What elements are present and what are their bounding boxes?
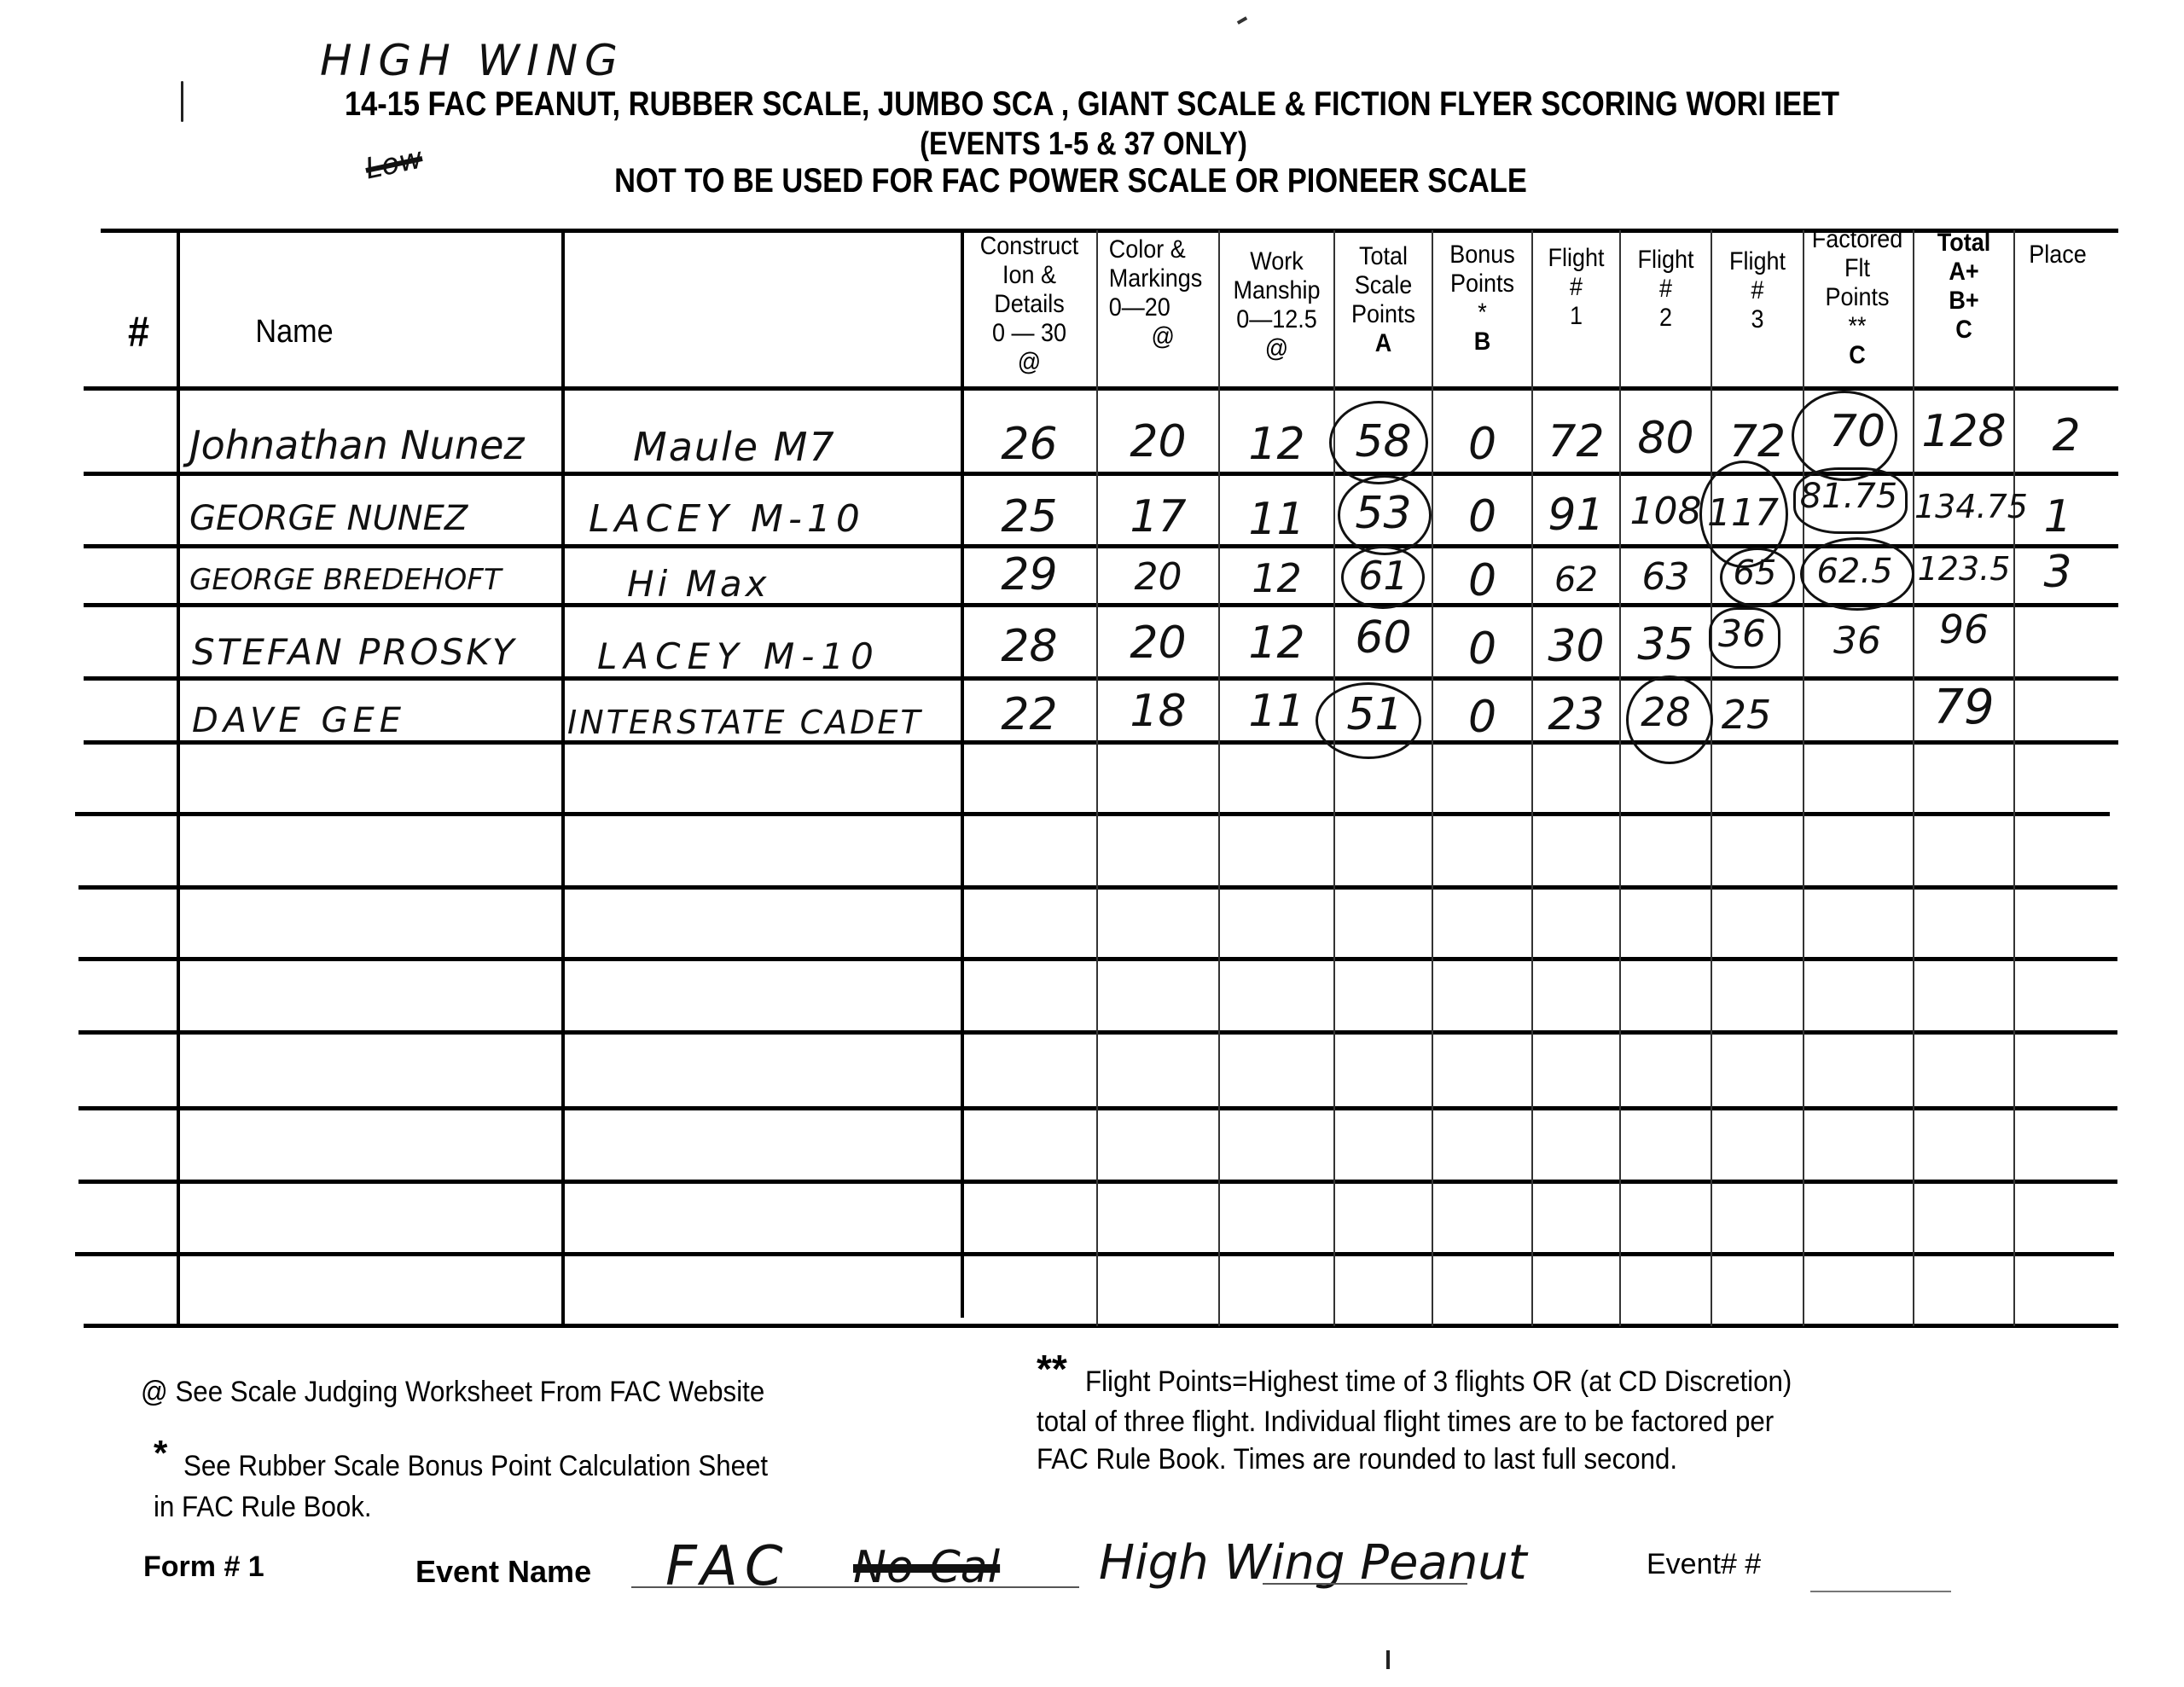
- color-score[interactable]: 17: [1098, 495, 1218, 539]
- color-score[interactable]: 18: [1098, 689, 1218, 733]
- form-subtitle-warning: NOT TO BE USED FOR FAC POWER SCALE OR PI…: [131, 162, 2010, 200]
- bonus-points[interactable]: 0: [1433, 559, 1531, 603]
- col-divider: [1096, 230, 1098, 1326]
- place[interactable]: 3: [2015, 550, 2100, 594]
- col-divider: [1711, 230, 1712, 1326]
- flight-3-time[interactable]: 117: [1706, 495, 1780, 532]
- flight-2-time[interactable]: 80: [1621, 416, 1711, 461]
- total-scale-points[interactable]: 60: [1335, 616, 1432, 660]
- footnote-scale-judging: @ See Scale Judging Worksheet From FAC W…: [141, 1373, 764, 1411]
- row-line: [78, 885, 2117, 890]
- footnote-flight-asterisks: **: [1037, 1346, 1067, 1392]
- footnote-flight-line3: FAC Rule Book. Times are rounded to last…: [1037, 1441, 1677, 1478]
- bonus-points[interactable]: 0: [1433, 422, 1531, 467]
- footnote-bonus-line2: in FAC Rule Book.: [154, 1488, 372, 1526]
- header-total-scale: Total Scale Points A: [1340, 242, 1427, 358]
- col-divider: [1619, 230, 1621, 1326]
- row-line: [75, 812, 2110, 816]
- header-factored-flight-points: Factored Flt Points ** C: [1806, 225, 1909, 370]
- form-title: 14-15 FAC PEANUT, RUBBER SCALE, JUMBO SC…: [153, 85, 2031, 124]
- flight-2-time[interactable]: 108: [1621, 493, 1711, 530]
- color-score[interactable]: 20: [1098, 559, 1218, 596]
- flight-1-time[interactable]: 23: [1533, 693, 1619, 737]
- model-name[interactable]: LACEY M-10: [597, 635, 880, 677]
- header-bottom-border: [84, 386, 2118, 391]
- flight-1-time[interactable]: 72: [1533, 420, 1619, 464]
- factored-flight-points[interactable]: 81.75: [1792, 479, 1906, 513]
- col-divider: [2013, 230, 2015, 1326]
- row-line: [84, 603, 2118, 607]
- flight-3-time[interactable]: 25: [1712, 695, 1780, 734]
- entrant-name[interactable]: DAVE GEE: [192, 701, 406, 740]
- flight-1-time[interactable]: 91: [1533, 493, 1619, 537]
- header-construction: Construct Ion & Details 0 — 30 @: [969, 232, 1089, 377]
- header-name: Name: [237, 317, 352, 346]
- event-name-label: Event Name: [415, 1554, 591, 1590]
- row-line: [78, 1030, 2117, 1035]
- place[interactable]: 2: [2015, 414, 2117, 458]
- form-number-label: Form # 1: [143, 1551, 264, 1584]
- footnote-bonus-asterisk: *: [154, 1433, 167, 1474]
- total-scale-points[interactable]: 53: [1335, 491, 1432, 536]
- header-flight-1: Flight # 1: [1537, 244, 1615, 331]
- row-line: [84, 740, 2118, 745]
- flight-2-time[interactable]: 63: [1621, 559, 1711, 596]
- model-name[interactable]: Maule M7: [633, 424, 836, 470]
- construction-score[interactable]: 29: [962, 553, 1096, 597]
- total-score[interactable]: 128: [1914, 409, 2013, 454]
- header-workmanship: Work Manship 0—12.5 @: [1226, 247, 1328, 363]
- header-flight-3: Flight # 3: [1716, 247, 1798, 334]
- header-num: #: [106, 317, 171, 346]
- factored-flight-points[interactable]: 36: [1800, 623, 1914, 660]
- total-score[interactable]: 79: [1914, 684, 2013, 732]
- model-name[interactable]: Hi Max: [627, 563, 770, 605]
- total-scale-points[interactable]: 58: [1335, 420, 1432, 464]
- footnote-flight-line2: total of three flight. Individual flight…: [1037, 1403, 1774, 1441]
- color-score[interactable]: 20: [1098, 621, 1218, 665]
- entrant-name[interactable]: GEORGE BREDEHOFT: [189, 563, 502, 597]
- col-divider: [1218, 230, 1220, 1326]
- scan-speck: [1237, 16, 1247, 24]
- form-subtitle-events: (EVENTS 1-5 & 37 ONLY): [144, 126, 2023, 163]
- workmanship-score[interactable]: 12: [1220, 422, 1333, 467]
- flight-2-time[interactable]: 28: [1621, 693, 1711, 732]
- workmanship-score[interactable]: 11: [1220, 497, 1333, 542]
- header-flight-2: Flight # 2: [1625, 246, 1706, 333]
- flight-3-time[interactable]: 36: [1709, 616, 1775, 653]
- header-color-markings: Color & Markings 0—20 @: [1104, 235, 1217, 351]
- scan-speck: [1386, 1650, 1390, 1669]
- bonus-points[interactable]: 0: [1433, 695, 1531, 739]
- handwritten-header: HIGH WING: [320, 36, 624, 85]
- row-line: [84, 544, 2118, 548]
- event-name-struck-text: No-Cal: [853, 1542, 1000, 1593]
- bonus-points[interactable]: 0: [1433, 627, 1531, 671]
- place[interactable]: 1: [2015, 495, 2100, 539]
- table-bottom-border: [84, 1324, 2118, 1328]
- total-score[interactable]: 123.5: [1914, 553, 2013, 585]
- bonus-points[interactable]: 0: [1433, 495, 1531, 539]
- flight-2-time[interactable]: 35: [1621, 623, 1711, 667]
- total-scale-points[interactable]: 51: [1327, 693, 1423, 737]
- col-divider-name: [561, 230, 565, 1326]
- row-line: [78, 1106, 2117, 1110]
- header-bonus: Bonus Points * B: [1438, 241, 1527, 357]
- construction-score[interactable]: 26: [962, 422, 1096, 467]
- event-number-field[interactable]: [1810, 1574, 1951, 1592]
- col-divider: [1803, 230, 1804, 1326]
- entrant-name[interactable]: GEORGE NUNEZ: [189, 499, 468, 538]
- row-line: [78, 957, 2117, 961]
- total-score[interactable]: 134.75: [1914, 490, 2025, 523]
- entrant-name[interactable]: STEFAN PROSKY: [192, 631, 516, 673]
- event-number-label: Event# #: [1647, 1548, 1761, 1581]
- row-line: [75, 1252, 2114, 1256]
- header-total: Total A+ B+ C: [1920, 229, 2008, 345]
- event-name-underline-2: [1263, 1583, 1467, 1585]
- total-scale-points[interactable]: 61: [1335, 556, 1432, 595]
- footnote-flight-line1: Flight Points=Highest time of 3 flights …: [1085, 1363, 1792, 1400]
- color-score[interactable]: 20: [1098, 420, 1218, 464]
- model-name[interactable]: LACEY M-10: [589, 497, 865, 541]
- row-line: [78, 1180, 2117, 1184]
- construction-score[interactable]: 28: [962, 624, 1096, 669]
- event-name-value-prefix[interactable]: FAC: [665, 1535, 790, 1598]
- col-divider-num: [177, 230, 180, 1326]
- entrant-name[interactable]: Johnathan Nunez: [189, 422, 525, 468]
- workmanship-score[interactable]: 12: [1220, 559, 1333, 598]
- col-divider: [1333, 230, 1335, 1326]
- flight-1-time[interactable]: 30: [1533, 624, 1619, 669]
- total-score[interactable]: 96: [1914, 610, 2013, 649]
- factored-flight-points[interactable]: 62.5: [1800, 554, 1909, 588]
- col-divider: [1432, 230, 1433, 1326]
- construction-score[interactable]: 22: [962, 693, 1096, 737]
- col-divider-model: [961, 230, 964, 1318]
- col-divider: [1531, 230, 1533, 1326]
- flight-1-time[interactable]: 62: [1533, 563, 1619, 597]
- workmanship-score[interactable]: 12: [1220, 621, 1333, 665]
- footnote-bonus-line1: See Rubber Scale Bonus Point Calculation…: [183, 1447, 768, 1485]
- row-line: [84, 676, 2118, 681]
- col-divider: [1913, 230, 1914, 1326]
- model-name[interactable]: INTERSTATE CADET: [567, 704, 923, 741]
- factored-flight-points[interactable]: 70: [1800, 409, 1914, 454]
- flight-3-time[interactable]: 72: [1712, 420, 1803, 464]
- flight-3-time[interactable]: 65: [1720, 556, 1790, 590]
- construction-score[interactable]: 25: [962, 495, 1096, 539]
- header-place: Place: [2019, 241, 2096, 270]
